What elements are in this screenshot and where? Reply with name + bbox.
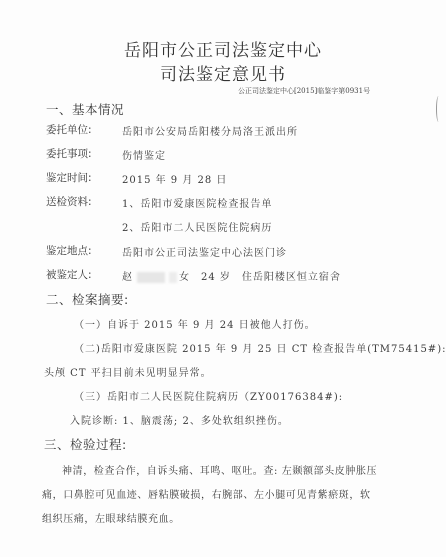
summary-item-2: （二)岳阳市爱康医院 2015 年 9 月 25 日 CT 检查报告单(TM75… [74,340,446,355]
summary-item-1: （一）自诉于 2015 年 9 月 24 日被他人打伤。 [74,316,316,331]
section-heading-basic-info: 一、基本情况 [46,100,124,118]
summary-diagnosis: 入院诊断: 1、脑震荡; 2、多处软组织挫伤。 [70,412,289,427]
redacted-name [137,272,165,283]
field-value-entrusted-matter: 伤情鉴定 [122,147,166,162]
field-value-material-2: 2、岳阳市二人民医院住院病历 [122,219,272,234]
exam-line-1: 神清，检查合作，自诉头痛、耳鸣、呕吐。查: 左颞额部头皮肿胀压 [62,462,377,477]
redacted-name-2 [169,272,177,283]
section-heading-case-summary: 二、检案摘要: [46,290,129,308]
field-value-appraisal-date: 2015 年 9 月 28 日 [122,171,227,186]
field-label-entrusted-matter: 委托事项: [46,146,92,161]
exam-line-3: 组织压痛，左眼球结膜充血。 [42,510,180,525]
exam-line-2: 痛，口鼻腔可见血迹、唇粘膜破损，右腕部、左小腿可见青紫瘀斑，软 [42,486,371,501]
subject-surname: 赵 [122,272,133,283]
field-value-subject: 赵女 24 岁 住岳阳楼区恒立宿舍 [122,268,341,283]
summary-item-2-cont: 头颅 CT 平扫目前未见明显异常。 [44,364,212,379]
field-label-subject: 被鉴定人: [46,267,92,282]
field-value-entrusting-unit: 岳阳市公安局岳阳楼分局洛王派出所 [122,123,298,138]
document-title: 司法鉴定意见书 [0,60,446,85]
field-label-appraisal-location: 鉴定地点: [46,243,92,258]
document-number: 公正司法鉴定中心[2015]临鉴字第0931号 [238,86,370,96]
institution-title: 岳阳市公正司法鉴定中心 [0,36,446,61]
field-label-appraisal-date: 鉴定时间: [46,170,92,185]
field-label-submitted-materials: 送检资料: [46,194,92,209]
field-value-appraisal-location: 岳阳市公正司法鉴定中心法医门诊 [122,244,287,259]
document-page: 岳阳市公正司法鉴定中心 司法鉴定意见书 公正司法鉴定中心[2015]临鉴字第09… [0,0,446,557]
binding-mark-icon [436,96,441,122]
subject-details: 女 24 岁 住岳阳楼区恒立宿舍 [179,272,341,283]
section-heading-examination: 三、检验过程: [44,435,127,453]
field-value-material-1: 1、岳阳市爱康医院检查报告单 [122,195,272,210]
field-label-entrusting-unit: 委托单位: [46,122,92,137]
summary-item-3: （三）岳阳市二人民医院住院病历（ZY00176384#): [74,388,343,403]
